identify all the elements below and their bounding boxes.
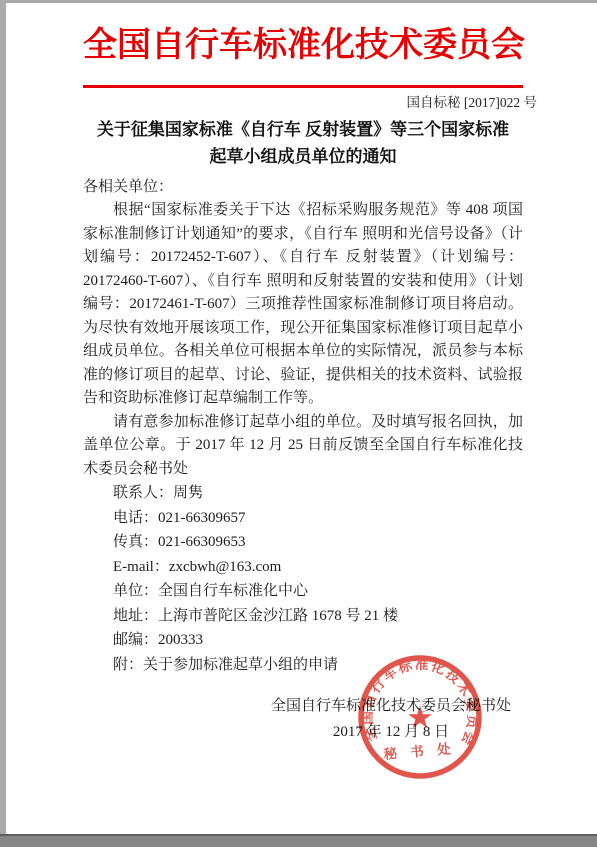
contact-info-line: 电话：021-66309657 <box>83 506 523 531</box>
header-divider-rule <box>83 85 523 88</box>
scan-edge-top <box>0 0 597 3</box>
contact-info-line: 传真：021-66309653 <box>83 530 523 555</box>
scanned-document: { "colors": { "accent_red": "#e60000", "… <box>0 0 597 847</box>
notice-title-line-2: 起草小组成员单位的通知 <box>83 143 523 170</box>
contact-info-line: 附：关于参加标准起草小组的申请 <box>83 653 523 678</box>
contact-info-line: E-mail：zxcbwh@163.com <box>83 555 523 580</box>
notice-title-line-1: 关于征集国家标准《自行车 反射装置》等三个国家标准 <box>83 116 523 143</box>
body-paragraph: 根据“国家标准委关于下达《招标采购服务规范》等 408 项国家标准制修订计划通知… <box>83 199 523 411</box>
scan-edge-left <box>0 0 6 847</box>
signature-block: 全国自行车标准化技术委员会秘书处 2017 年 12 月 8 日 <box>83 694 523 744</box>
contact-info-line: 单位：全国自行车标准化中心 <box>83 579 523 604</box>
salutation: 各相关单位： <box>83 175 523 199</box>
signature-inner: 全国自行车标准化技术委员会秘书处 2017 年 12 月 8 日 <box>271 694 511 744</box>
contact-info-line: 地址：上海市普陀区金沙江路 1678 号 21 楼 <box>83 604 523 629</box>
body-paragraphs: 根据“国家标准委关于下达《招标采购服务规范》等 408 项国家标准制修订计划通知… <box>83 199 523 481</box>
body-paragraph: 请有意参加标准修订起草小组的单位。及时填写报名回执，加盖单位公章。于 2017 … <box>83 411 523 482</box>
contact-info-line: 联系人：周隽 <box>83 481 523 506</box>
notice-title: 关于征集国家标准《自行车 反射装置》等三个国家标准 起草小组成员单位的通知 <box>83 116 523 170</box>
signature-org-line: 全国自行车标准化技术委员会秘书处 <box>271 694 511 718</box>
organization-title: 全国自行车标准化技术委员会 <box>83 23 523 69</box>
contact-info-list: 联系人：周隽电话：021-66309657传真：021-66309653E-ma… <box>83 481 523 677</box>
document-page: 全国自行车标准化技术委员会 国自标秘 [2017]022 号 关于征集国家标准《… <box>6 3 597 836</box>
signature-date: 2017 年 12 月 8 日 <box>271 720 511 744</box>
contact-info-line: 邮编：200333 <box>83 628 523 653</box>
document-reference-number: 国自标秘 [2017]022 号 <box>83 95 537 111</box>
document-content: 全国自行车标准化技术委员会 国自标秘 [2017]022 号 关于征集国家标准《… <box>6 3 597 744</box>
scan-edge-bottom <box>0 834 597 847</box>
